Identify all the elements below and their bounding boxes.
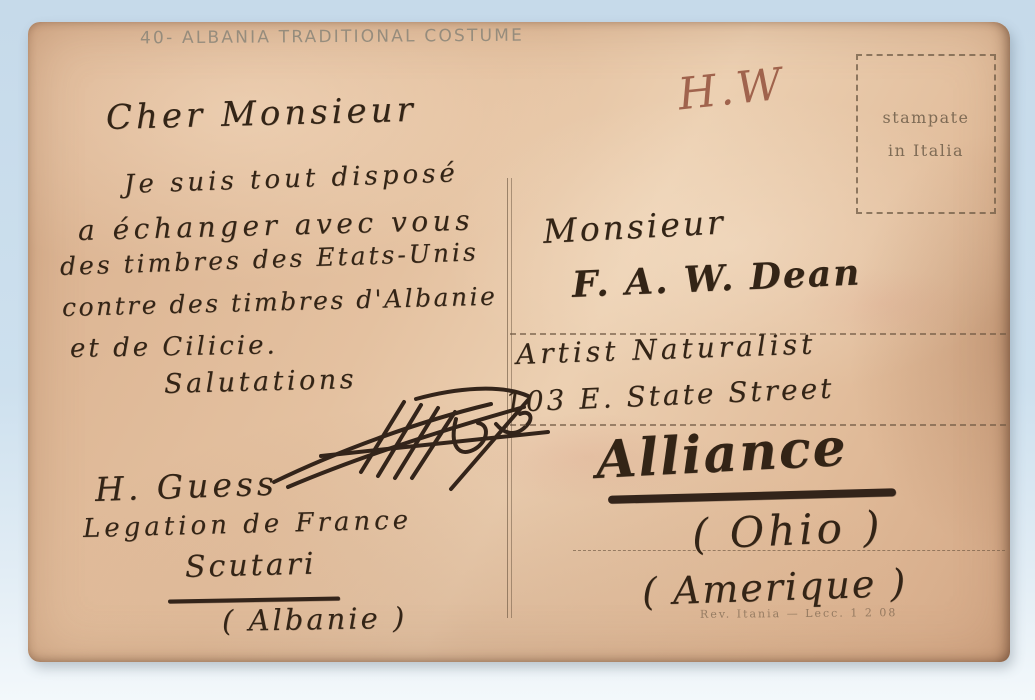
address-city-underline [608,488,896,504]
address-city: Alliance [594,417,849,491]
address-honorific: Monsieur [542,202,727,251]
pencil-annotation: 40- ALBANIA TRADITIONAL COSTUME [140,26,524,49]
message-line: contre des timbres d'Albanie [62,282,498,322]
address-name: F. A. W. Dean [571,251,862,306]
photo-background: 40- ALBANIA TRADITIONAL COSTUME H.W stam… [0,0,1035,700]
address-state: ( Ohio ) [691,502,885,559]
message-salutation: Cher Monsieur [105,90,417,138]
stamp-box-line2: in Italia [888,141,964,160]
message-line: Je suis tout disposé [123,158,459,200]
stamp-box-line1: stampate [882,108,969,127]
sender-country: ( Albanie ) [222,601,408,638]
collector-mark: H.W [676,59,787,121]
message-line: et de Cilicie. [70,330,278,364]
stamp-box: stampate in Italia [856,54,996,214]
sender-organization: Legation de France [83,505,413,544]
printer-imprint: Rev. Itania — Lecc. 1 2 08 [700,606,897,621]
postcard: 40- ALBANIA TRADITIONAL COSTUME H.W stam… [28,22,1010,662]
message-signer: H. Guess [94,464,278,509]
sender-city: Scutari [185,547,317,585]
